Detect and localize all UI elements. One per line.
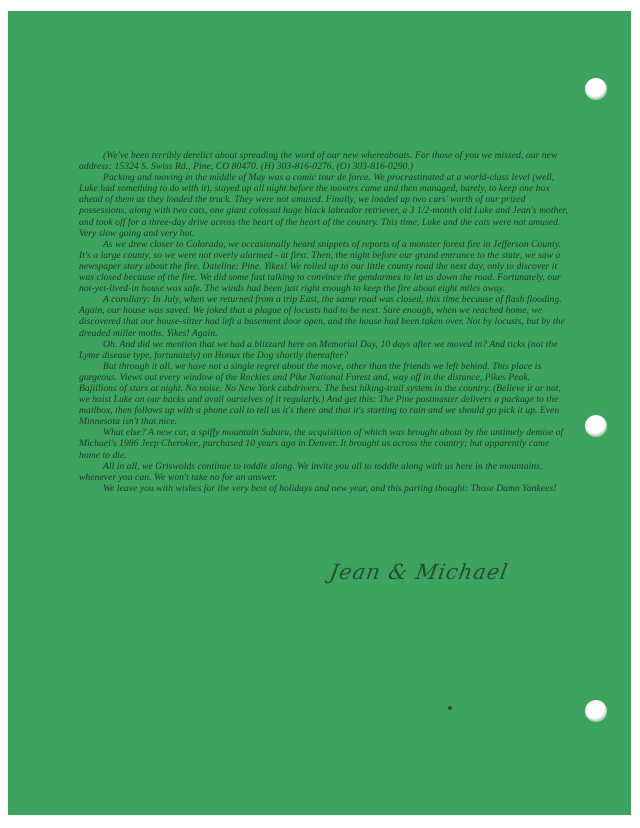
- binder-hole-middle: [585, 415, 607, 437]
- binder-hole-top: [585, 78, 607, 100]
- paragraph-moving: Packing and moving in the middle of May …: [79, 172, 569, 239]
- paragraph-fire: As we drew closer to Colorado, we occasi…: [79, 239, 569, 294]
- binder-hole-bottom: [585, 700, 607, 722]
- paragraph-new-car: What else? A new car, a spiffy mountain …: [79, 427, 569, 460]
- paragraph-blizzard: Oh. And did we mention that we had a bli…: [79, 339, 569, 361]
- letter-body: (We've been terribly derelict about spre…: [79, 150, 569, 494]
- paragraph-no-regrets: But through it all, we have not a single…: [79, 361, 569, 428]
- handwritten-signature: Jean & Michael: [328, 560, 510, 584]
- paragraph-invitation: All in all, we Griswolds continue to tod…: [79, 461, 569, 483]
- paragraph-closing: We leave you with wishes for the very be…: [79, 483, 569, 494]
- paragraph-flood: A corollary: In July, when we returned f…: [79, 294, 569, 338]
- paper-speck: [448, 706, 452, 710]
- paragraph-address: (We've been terribly derelict about spre…: [79, 150, 569, 172]
